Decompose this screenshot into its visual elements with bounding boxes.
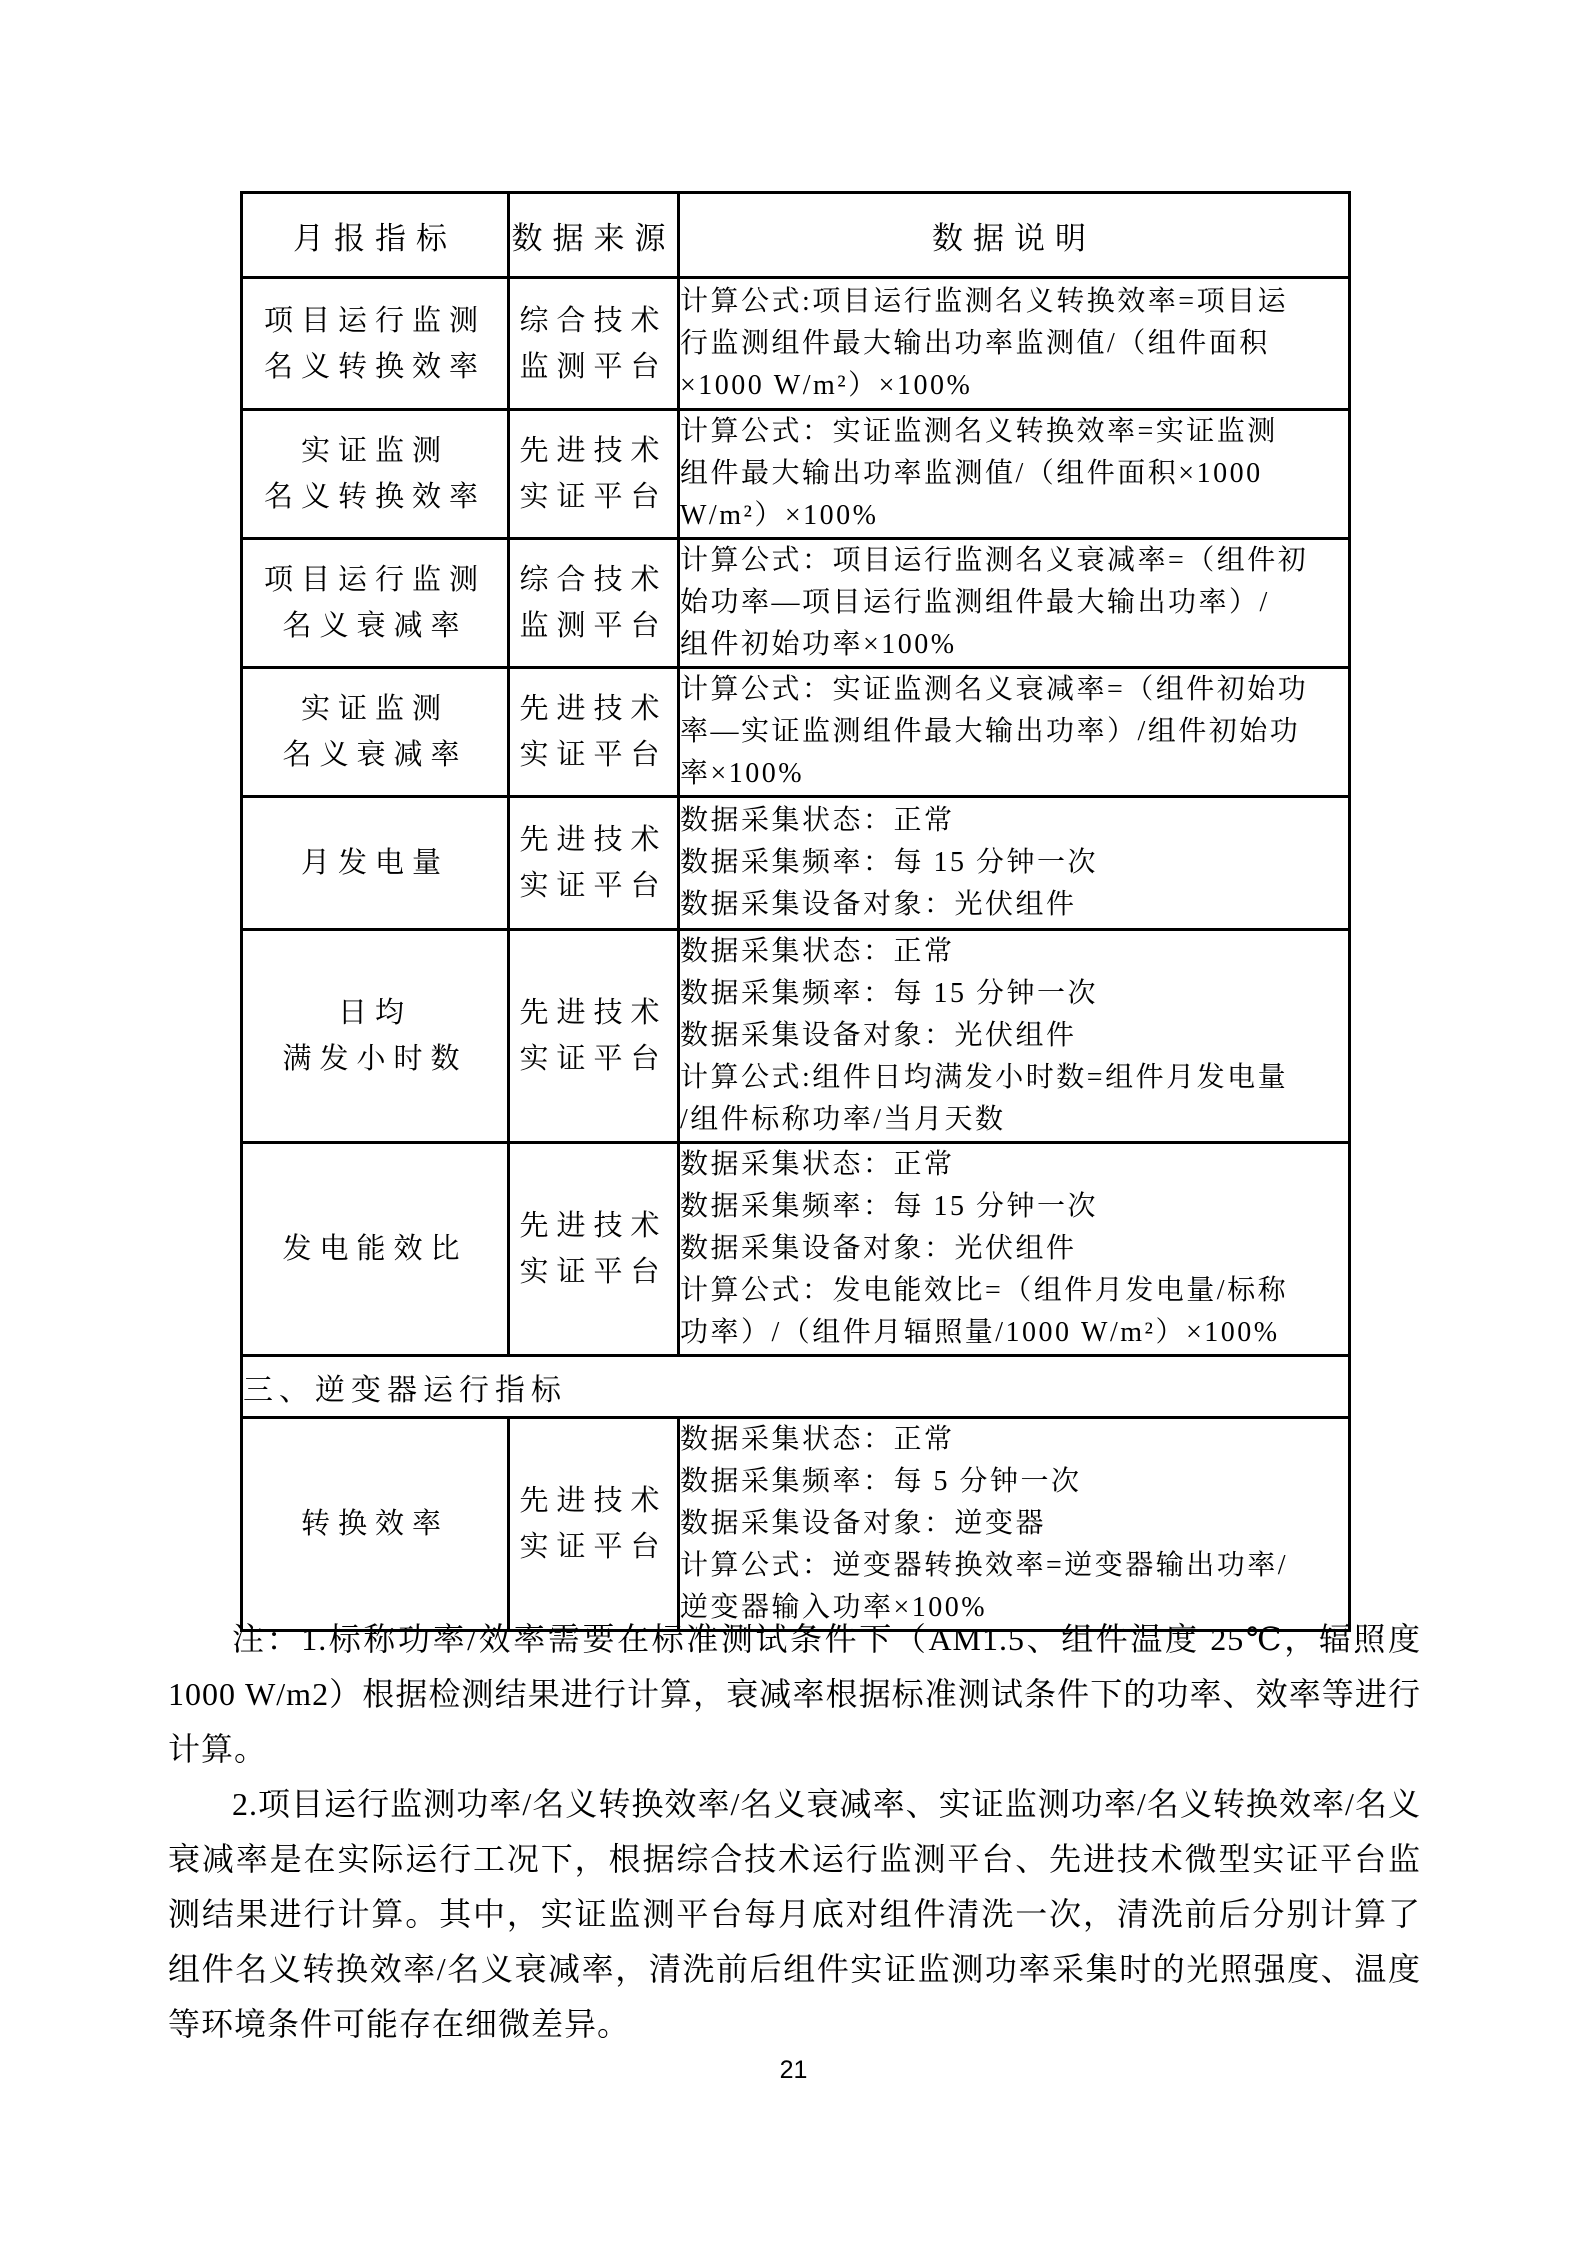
desc-cell: 计算公式：项目运行监测名义衰减率=（组件初 始功率—项目运行监测组件最大输出功率… <box>679 539 1350 668</box>
indicator-cell: 实证监测 名义衰减率 <box>242 668 509 797</box>
report-table: 月报指标 数据来源 数据说明 项目运行监测 名义转换效率 综合技术 监测平台 计… <box>240 191 1351 1632</box>
indicator-cell: 项目运行监测 名义衰减率 <box>242 539 509 668</box>
footnotes: 注：1.标称功率/效率需要在标准测试条件下（AM1.5、组件温度 25℃，辐照度… <box>168 1612 1421 2052</box>
footnote-2: 2.项目运行监测功率/名义转换效率/名义衰减率、实证监测功率/名义转换效率/名义… <box>168 1777 1421 2052</box>
table-row: 转换效率 先进技术 实证平台 数据采集状态：正常 数据采集频率：每 5 分钟一次… <box>242 1418 1350 1631</box>
source-cell: 先进技术 实证平台 <box>509 668 679 797</box>
source-cell: 综合技术 监测平台 <box>509 539 679 668</box>
table-row: 月发电量 先进技术 实证平台 数据采集状态：正常 数据采集频率：每 15 分钟一… <box>242 797 1350 930</box>
table-row: 日均 满发小时数 先进技术 实证平台 数据采集状态：正常 数据采集频率：每 15… <box>242 930 1350 1143</box>
indicator-cell: 日均 满发小时数 <box>242 930 509 1143</box>
desc-cell: 数据采集状态：正常 数据采集频率：每 15 分钟一次 数据采集设备对象：光伏组件 <box>679 797 1350 930</box>
desc-cell: 计算公式：实证监测名义衰减率=（组件初始功 率—实证监测组件最大输出功率）/组件… <box>679 668 1350 797</box>
desc-cell: 数据采集状态：正常 数据采集频率：每 15 分钟一次 数据采集设备对象：光伏组件… <box>679 1143 1350 1356</box>
section-label: 三、逆变器运行指标 <box>242 1356 1350 1418</box>
header-cell-desc: 数据说明 <box>679 193 1350 278</box>
desc-cell: 数据采集状态：正常 数据采集频率：每 15 分钟一次 数据采集设备对象：光伏组件… <box>679 930 1350 1143</box>
table-row: 实证监测 名义转换效率 先进技术 实证平台 计算公式：实证监测名义转换效率=实证… <box>242 410 1350 539</box>
desc-cell: 数据采集状态：正常 数据采集频率：每 5 分钟一次 数据采集设备对象：逆变器 计… <box>679 1418 1350 1631</box>
indicator-cell: 转换效率 <box>242 1418 509 1631</box>
source-cell: 综合技术 监测平台 <box>509 278 679 410</box>
indicator-cell: 实证监测 名义转换效率 <box>242 410 509 539</box>
desc-cell: 计算公式：实证监测名义转换效率=实证监测 组件最大输出功率监测值/（组件面积×1… <box>679 410 1350 539</box>
section-row: 三、逆变器运行指标 <box>242 1356 1350 1418</box>
source-cell: 先进技术 实证平台 <box>509 930 679 1143</box>
footnote-1: 注：1.标称功率/效率需要在标准测试条件下（AM1.5、组件温度 25℃，辐照度… <box>168 1612 1421 1777</box>
indicator-cell: 月发电量 <box>242 797 509 930</box>
page-number: 21 <box>0 2056 1587 2085</box>
indicator-cell: 发电能效比 <box>242 1143 509 1356</box>
source-cell: 先进技术 实证平台 <box>509 797 679 930</box>
indicator-cell: 项目运行监测 名义转换效率 <box>242 278 509 410</box>
desc-cell: 计算公式:项目运行监测名义转换效率=项目运 行监测组件最大输出功率监测值/（组件… <box>679 278 1350 410</box>
header-cell-source: 数据来源 <box>509 193 679 278</box>
header-cell-indicator: 月报指标 <box>242 193 509 278</box>
source-cell: 先进技术 实证平台 <box>509 1143 679 1356</box>
table-row: 项目运行监测 名义转换效率 综合技术 监测平台 计算公式:项目运行监测名义转换效… <box>242 278 1350 410</box>
table-header-row: 月报指标 数据来源 数据说明 <box>242 193 1350 278</box>
table-row: 发电能效比 先进技术 实证平台 数据采集状态：正常 数据采集频率：每 15 分钟… <box>242 1143 1350 1356</box>
document-page: 月报指标 数据来源 数据说明 项目运行监测 名义转换效率 综合技术 监测平台 计… <box>0 0 1587 2245</box>
table-row: 项目运行监测 名义衰减率 综合技术 监测平台 计算公式：项目运行监测名义衰减率=… <box>242 539 1350 668</box>
source-cell: 先进技术 实证平台 <box>509 1418 679 1631</box>
source-cell: 先进技术 实证平台 <box>509 410 679 539</box>
table-row: 实证监测 名义衰减率 先进技术 实证平台 计算公式：实证监测名义衰减率=（组件初… <box>242 668 1350 797</box>
